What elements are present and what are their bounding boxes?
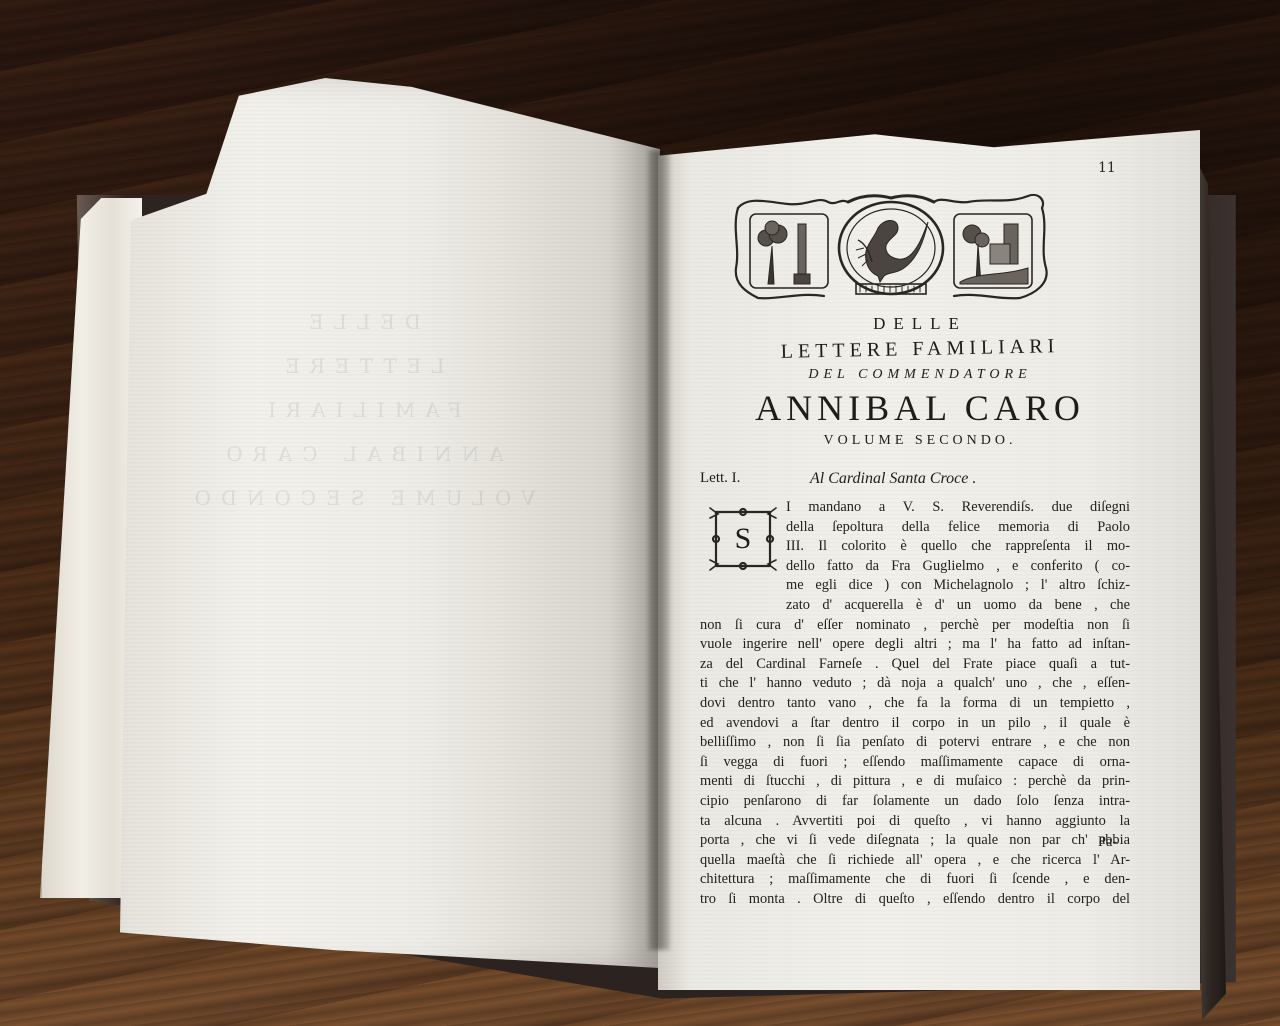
text-line: non ſi cura d' eſſer nominato , perchè p…: [700, 616, 1130, 636]
text-line: zato d' acquerella è d' un uomo da bene …: [700, 596, 1130, 616]
text-line: vuole ingerire nell' opere degli altri ;…: [700, 635, 1130, 655]
text-line: ta alcuna . Avvertiti poi di queſto , vi…: [700, 812, 1130, 832]
letter-body: I mandano a V. S. Reverendiſs. due diſeg…: [700, 498, 1130, 909]
volume-label: VOLUME SECONDO.: [690, 433, 1150, 449]
text-line: dello fatto da Fra Guglielmo , e conferi…: [700, 557, 1130, 577]
left-page-show-through-text: DELLE LETTERE FAMILIARI ANNIBAL CARO VOL…: [180, 300, 540, 520]
text-line: me egli dice ) con Michelagnolo ; l' alt…: [700, 576, 1130, 596]
ghost-line: ANNIBAL CARO: [180, 432, 540, 476]
title-line-lettere-familiari: LETTERE FAMILIARI: [690, 333, 1150, 366]
left-page: [120, 78, 660, 968]
text-line: cipio penſarono di far ſolamente un dado…: [700, 792, 1130, 812]
title-line-delle: DELLE: [690, 314, 1150, 334]
text-line: ed avendovi a ſtar dentro il corpo in un…: [700, 714, 1130, 734]
text-line: menti di ſtucchi , di pittura , e di muſ…: [700, 772, 1130, 792]
catchword: Pa-: [1098, 834, 1117, 851]
text-line: ti che l' hanno veduto ; dà noja a qualc…: [700, 674, 1130, 694]
ghost-line: DELLE: [180, 300, 540, 344]
text-line: dovi dentro tanto vano , che fa la forma…: [700, 694, 1130, 714]
page-number: 11: [1098, 160, 1116, 176]
text-line: III. Il colorito è quello che rappreſent…: [700, 537, 1130, 557]
book-gutter: [648, 150, 670, 950]
text-line: quella maeſtà che ſi richiede all' opera…: [700, 851, 1130, 871]
text-line: za del Cardinal Farneſe . Quel del Frate…: [700, 655, 1130, 675]
title-block: DELLE LETTERE FAMILIARI DEL COMMENDATORE…: [690, 314, 1150, 449]
ghost-line: LETTERE FAMILIARI: [180, 344, 540, 432]
author-name: ANNIBAL CARO: [690, 387, 1150, 429]
text-line: belliſſimo , non ſi ſia penſato di poter…: [700, 733, 1130, 753]
letter-number: Lett. I.: [700, 470, 740, 487]
letter-addressee: Al Cardinal Santa Croce .: [810, 470, 976, 488]
text-line: chitettura ; maſſimamente che di fuori ſ…: [700, 870, 1130, 890]
text-line: porta , che vi ſi vede diſegnata ; la qu…: [700, 831, 1130, 851]
ornamental-engraving-icon: [728, 188, 1054, 308]
text-line: ſi vegga di fuori ; eſſendo maſſimamente…: [700, 753, 1130, 773]
title-line-del-commendatore: DEL COMMENDATORE: [690, 367, 1150, 383]
text-line: tro ſi monta . Oltre di queſto , eſſendo…: [700, 890, 1130, 910]
text-line: della ſepoltura della felice memoria di …: [700, 518, 1130, 538]
ghost-line: VOLUME SECONDO: [180, 476, 540, 520]
text-line: I mandano a V. S. Reverendiſs. due diſeg…: [700, 498, 1130, 518]
